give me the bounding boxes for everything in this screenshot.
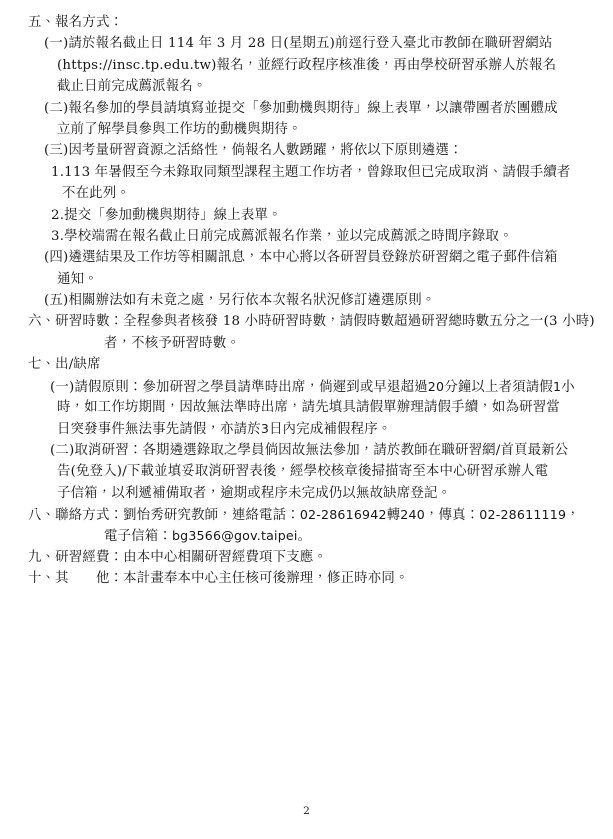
- latin-text: 02-28611119: [479, 507, 566, 522]
- text-line-1: 五、報名方式：: [0, 12, 613, 33]
- text-line-3: (https://insc.tp.edu.tw)報名，並經行政程序核准後，再由學…: [0, 55, 613, 76]
- text-line-14: (五)相關辦法如有未竟之處，另行依本次報名狀況修訂遴選原則。: [0, 290, 613, 311]
- text-line-11: 3.學校端需在報名截止日前完成薦派報名作業，並以完成薦派之時間序錄取。: [0, 226, 613, 247]
- latin-text: 1: [553, 379, 561, 394]
- text-line-10: 2.提交「參加動機與期待」線上表單。: [0, 205, 613, 226]
- document-page: 五、報名方式：(一)請於報名截止日 114 年 3 月 28 日(星期五)前逕行…: [0, 0, 613, 839]
- text-line-22: 告(免登入)/下載並填妥取消研習表後，經學校核章後掃描寄至本中心研習承辦人電: [0, 461, 613, 482]
- text-line-12: (四)遴選結果及工作坊等相關訊息，本中心將以各研習員登錄於研習網之電子郵件信箱: [0, 247, 613, 268]
- text-line-9: 不在此列。: [0, 183, 613, 204]
- text-line-17: 七、出/缺席: [0, 354, 613, 375]
- document-body: 五、報名方式：(一)請於報名截止日 114 年 3 月 28 日(星期五)前逕行…: [0, 12, 613, 590]
- text-line-16: 者，不核予研習時數。: [0, 333, 613, 354]
- text-line-23: 子信箱，以利遞補備取者，逾期或程序未完成仍以無故缺席登記。: [0, 483, 613, 504]
- latin-text: 3: [261, 421, 269, 436]
- text-line-25: 電子信箱：bg3566@gov.taipei。: [0, 525, 613, 546]
- page-number: 2: [303, 805, 310, 817]
- text-line-13: 通知。: [0, 269, 613, 290]
- latin-text: 02-28616942: [300, 507, 387, 522]
- text-line-15: 六、研習時數：全程參與者核發 18 小時研習時數，請假時數超過研習總時數五分之一…: [0, 311, 613, 332]
- text-line-4: 截止日前完成薦派報名。: [0, 76, 613, 97]
- text-line-2: (一)請於報名截止日 114 年 3 月 28 日(星期五)前逕行登入臺北市教師…: [0, 33, 613, 54]
- text-line-7: (三)因考量研習資源之活絡性，倘報名人數踴躍，將依以下原則遴選：: [0, 140, 613, 161]
- text-line-18: (一)請假原則：參加研習之學員請準時出席，倘遲到或早退超過20分鐘以上者須請假1…: [0, 376, 613, 397]
- text-line-6: 立前了解學員參與工作坊的動機與期待。: [0, 119, 613, 140]
- text-line-26: 九、研習經費：由本中心相關研習經費項下支應。: [0, 547, 613, 568]
- text-line-21: (二)取消研習：各期遴選錄取之學員倘因故無法參加，請於教師在職研習網/首頁最新公: [0, 440, 613, 461]
- text-line-8: 1.113 年暑假至今未錄取同類型課程主題工作坊者，曾錄取但已完成取消、請假手續…: [0, 162, 613, 183]
- text-line-24: 八、聯絡方式：劉怡秀研究教師，連絡電話：02-28616942轉240，傳真：0…: [0, 504, 613, 525]
- text-line-27: 十、其 他：本計畫奉本中心主任核可後辦理，修正時亦同。: [0, 568, 613, 589]
- page-footer: 2: [0, 805, 613, 817]
- text-line-5: (二)報名參加的學員請填寫並提交「參加動機與期待」線上表單，以讓帶團者於團體成: [0, 98, 613, 119]
- latin-text: 20: [428, 379, 444, 394]
- text-line-20: 日突發事件無法事先請假，亦請於3日內完成補假程序。: [0, 418, 613, 439]
- latin-text: 240: [400, 507, 425, 522]
- text-line-19: 時，如工作坊期間，因故無法準時出席，請先填具請假單辦理請假手續，如為研習當: [0, 397, 613, 418]
- latin-text: bg3566@gov.taipei: [172, 528, 298, 543]
